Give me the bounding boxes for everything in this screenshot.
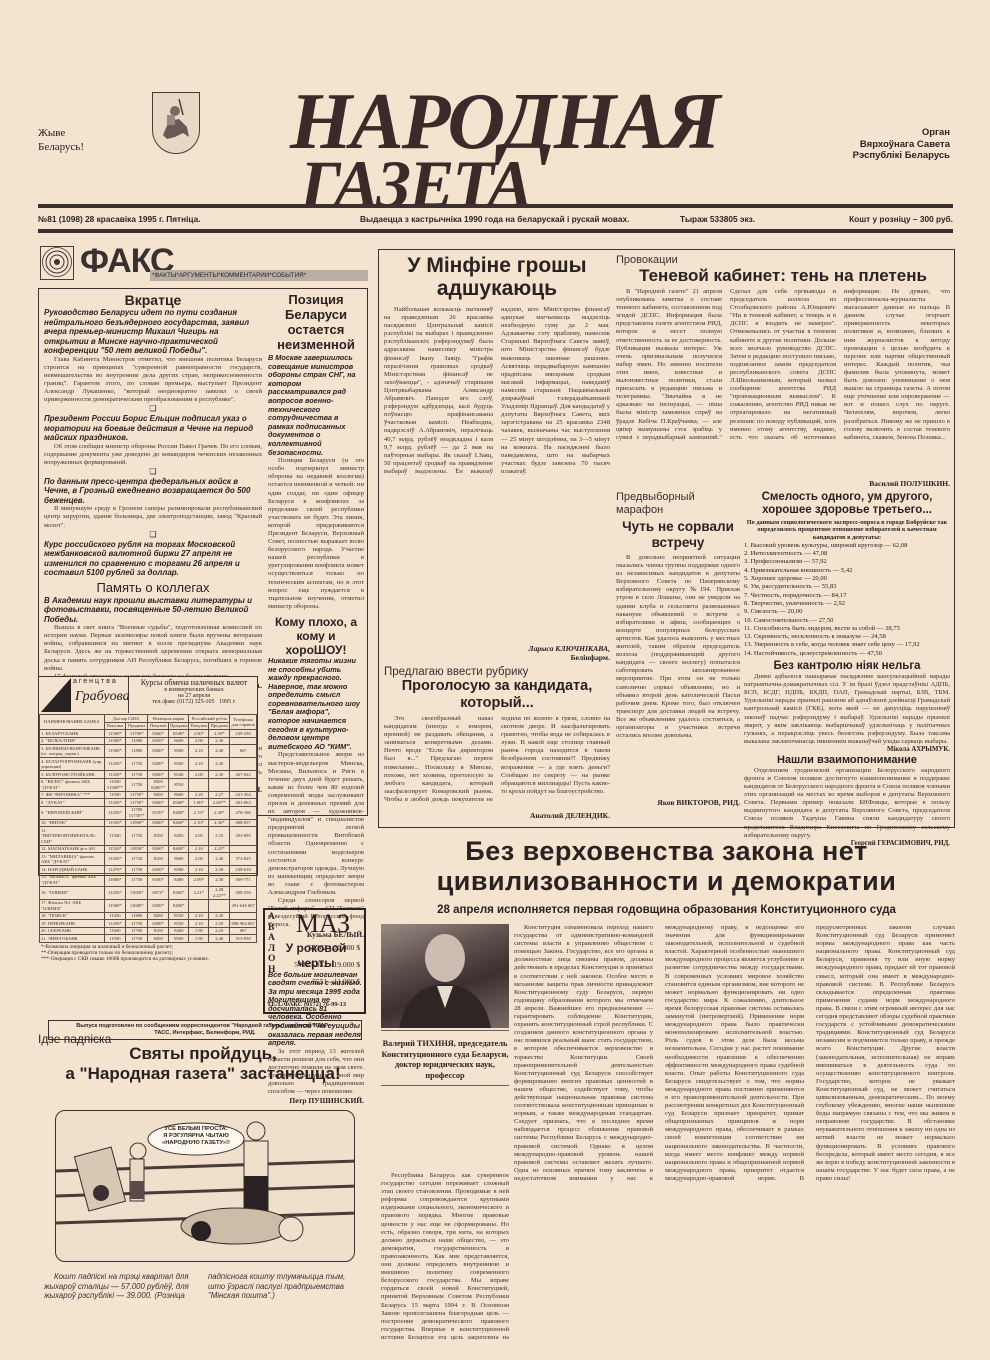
- rate-cell: 267-022: [230, 771, 257, 779]
- rate-cell: 11450*: [104, 920, 126, 928]
- poziciya-title: Позиция Беларуси остается неизменной: [268, 292, 364, 352]
- bank-name-cell: 7. ФК "ВЕРОНИКА" ***: [40, 791, 105, 799]
- vkratce-lead-2: Президент России Борис Ельцин подписал у…: [44, 414, 262, 443]
- rate-cell: 2.30: [209, 771, 230, 779]
- rate-cell: 8400: [169, 927, 189, 935]
- table-row: 17. Филиал №1 АКБ "ОЛИМП"11500*11680*820…: [40, 899, 257, 912]
- rate-cell: 8200*: [148, 845, 169, 853]
- subscription-title: Святы пройдуць, а "Народная газета" заст…: [38, 1044, 368, 1084]
- antenna-icon: [40, 246, 74, 280]
- rate-cell: 11800: [126, 912, 148, 920]
- table-row: 21. ЭНЕРГОБАНК1150011750820085001.902.40…: [40, 935, 257, 943]
- avalon-letter: Л: [268, 944, 278, 955]
- marafon-article: Предвыборный марафон Чуть не сорвали вст…: [616, 491, 740, 807]
- currency-phone: тел./факс (0172) 325-105: [152, 699, 214, 705]
- organ-line1: Орган: [810, 127, 950, 139]
- rate-cell: 2.35: [209, 827, 230, 846]
- rate-cell: 8540: [169, 771, 189, 779]
- currency-table: НАИМЕНОВАНИЕ БАНКА Доллар США Немецкая м…: [39, 714, 257, 943]
- list-item: 11. Способность быть лидером, вести за с…: [744, 625, 950, 633]
- rate-cell: 1.80*: [189, 799, 209, 807]
- rate-cell: 2.25*: [209, 845, 230, 853]
- fax-tagline: *ФАКТЫ*АРГУМЕНТЫ*КОММЕНТАРИИ*СОБЫТИЯ*: [150, 270, 368, 281]
- rate-cell: 11470*: [104, 866, 126, 874]
- list-item: 3. Профессионализм — 57,92: [744, 558, 950, 566]
- rubrika-text: Это своеобразный наказ кандидатам (иногд…: [384, 715, 610, 811]
- rate-cell: 8600: [169, 791, 189, 799]
- smelost-title: Смелость одного, ум другого, хорошее здо…: [744, 491, 950, 517]
- maz-price-2: 54323-032 - 19.000 $: [294, 960, 360, 969]
- rate-cell: 8480: [169, 873, 189, 886]
- col-usd: Доллар США: [104, 715, 148, 723]
- rate-cell: 8400*: [169, 899, 189, 912]
- rate-cell: 8400*: [169, 845, 189, 853]
- rate-cell: 11750: [126, 827, 148, 846]
- rate-cell: 313-050: [230, 935, 257, 943]
- pamyat-text: Вышла в свет книга "Военные судьбы", под…: [44, 624, 262, 673]
- rate-cell: 11450: [104, 912, 126, 920]
- marafon-text: В довольно неприятной ситуации оказались…: [616, 554, 740, 798]
- kontrol-title: Без кантролю ніяк нельга: [744, 659, 950, 673]
- bank-name-cell: 17. Филиал №1 АКБ "ОЛИМП": [40, 899, 105, 912]
- minfin-author: Ларыса КЛЮЧНІКАВА,: [384, 644, 610, 653]
- table-row: 3. БЕЛВНЕШЭКОНОМБАНК (гл. операц. управ.…: [40, 745, 257, 758]
- rate-cell: 11750: [126, 920, 148, 928]
- table-row: 20. СБЕРБАНК1160011700810084001.902.2506…: [40, 927, 257, 935]
- issue-number: №81 (1098) 28 красавіка 1995 г. Пятніца.: [38, 214, 201, 224]
- bullet-square-icon: ❑: [44, 404, 262, 414]
- table-row: 10. "ИНТЕК"11550*11900*8200*8400*2.10*2.…: [40, 819, 257, 827]
- note-3: ***-Операция с СКВ свыше 1000$ производи…: [41, 956, 255, 962]
- rubrika-title: Проголосую за кандидата, который...: [384, 678, 610, 712]
- rate-cell: 8300: [148, 791, 169, 799]
- rate-cell: 8500: [169, 935, 189, 943]
- maz-price-1: 53362 - 20.000 $: [308, 943, 360, 952]
- rate-cell: 11750: [126, 758, 148, 771]
- bank-name-cell: 1. БЕЛАРУСБАНК: [40, 730, 105, 738]
- rate-cell: 2.20: [189, 791, 209, 799]
- col-buy: Покупка: [148, 722, 169, 730]
- rate-cell: 11500*: [104, 730, 126, 738]
- konstitucia-text-left: Республика Беларусь как суверенное госуд…: [381, 1172, 509, 1340]
- tenevoi-author: Василий ПОЛУШКИН.: [616, 479, 950, 488]
- bank-name-cell: 18. "ПОИСК": [40, 912, 105, 920]
- price: Кошт у розніцу – 300 руб.: [849, 214, 953, 224]
- rate-cell: 11650*: [126, 886, 148, 899]
- col-tel: Телефоны для справок: [230, 715, 257, 730]
- table-row: 11. "ИНТЕРКОНТИНЕНТАЛЬ-СБИ"1150011750810…: [40, 827, 257, 846]
- list-item: 12. Скромность, несклонность к показухе …: [744, 633, 950, 641]
- rate-cell: 8072*: [148, 886, 169, 899]
- rate-cell: 1.90: [189, 935, 209, 943]
- table-row: 8. "ДУКАТ"11450*11750*8200*8500*1.80*2.6…: [40, 799, 257, 807]
- rate-cell: [230, 778, 257, 791]
- rate-cell: 2.10: [189, 845, 209, 853]
- bubble-line2: Я РЭГУЛЯРНА ЧЫТАЮ: [150, 1133, 242, 1140]
- rate-cell: 11750: [126, 935, 148, 943]
- rate-cell: 8382*: [169, 886, 189, 899]
- avalon-letter: Н: [268, 965, 278, 976]
- fax-section-header: ФАКС *ФАКТЫ*АРГУМЕНТЫ*КОММЕНТАРИИ*СОБЫТИ…: [38, 244, 368, 284]
- konstitucia-title: Без верховенства закона нет цивилизованн…: [378, 836, 955, 896]
- currency-contact: тел./факс (0172) 325-105 1995 г.: [131, 699, 257, 705]
- rate-cell: 8250*: [148, 866, 169, 874]
- rate-cell: 11500*: [104, 737, 126, 745]
- rate-cell: 8550: [169, 778, 189, 791]
- agency-top: агенцтва: [73, 678, 118, 685]
- vzaimo-text: Отделением гродненской организации Белор…: [744, 767, 950, 840]
- maz-ad: А В А Л О Н МАЗ 53362 - 20.000 $ 54323-0…: [263, 908, 366, 1014]
- list-item: 4. Привлекательная внешность — 5,42: [744, 567, 950, 575]
- avalon-letter: О: [268, 954, 278, 965]
- rate-cell: 8400*: [169, 806, 189, 819]
- list-item: 7. Честность, порядочность — 84,17: [744, 592, 950, 600]
- minfin-author-org: Белінфарм.: [384, 653, 610, 662]
- rate-cell: [189, 899, 209, 912]
- komu-text: Представительное жюри из мастеров-модель…: [268, 751, 364, 897]
- rate-cell: 11450*: [104, 771, 126, 779]
- rate-cell: 8400*: [169, 819, 189, 827]
- agency-name: Грабуова: [75, 689, 130, 705]
- avalon-letter: В: [268, 923, 278, 934]
- rate-cell: 11600: [104, 927, 126, 935]
- marafon-title: Чуть не сорвали встречу: [616, 519, 740, 551]
- rate-cell: 8580: [169, 866, 189, 874]
- rate-cell: 8600: [169, 737, 189, 745]
- cartoon: УСЁ ВЕЛЬМІ ПРОСТА: Я РЭГУЛЯРНА ЧЫТАЮ «НА…: [55, 1110, 355, 1262]
- col-sell: Продажа: [126, 722, 148, 730]
- rate-cell: 2.00: [189, 853, 209, 866]
- konstitucia-subtitle: 28 апреля исполняется первая годовщина о…: [378, 904, 955, 916]
- rate-cell: 11450*: [104, 799, 126, 807]
- table-row: 2. "БЕЛБАЛТИЯ"11500*119008250*86002.002.…: [40, 737, 257, 745]
- rate-cell: 8500: [169, 758, 189, 771]
- agency-logo: агенцтва Грабуова: [39, 677, 129, 713]
- rate-cell: 2.10: [189, 912, 209, 920]
- rate-cell: 291-646 067: [230, 899, 257, 912]
- rate-cell: 372-825: [230, 853, 257, 866]
- circulation: Тыраж 533805 экз.: [680, 214, 755, 224]
- vzaimo-title: Нашли взаимопонимание: [744, 754, 950, 767]
- bank-name-cell: 9. "ЕВРОПЕЙСКИЙ": [40, 806, 105, 819]
- rate-cell: 2.30: [209, 873, 230, 886]
- currency-box: агенцтва Грабуова Курсы обмена наличных …: [38, 676, 258, 876]
- rate-cell: 8100: [148, 853, 169, 866]
- rate-cell: 8500*: [169, 799, 189, 807]
- col-rub: Российский рубль: [189, 715, 230, 723]
- rate-cell: [230, 737, 257, 745]
- table-row: 18. "ПОИСК"1145011800820085502.102.30: [40, 912, 257, 920]
- rate-cell: 11450*: [104, 806, 126, 819]
- rate-cell: 1.90: [189, 927, 209, 935]
- masthead-rule-top: [38, 204, 953, 208]
- maz-brand: МАЗ: [281, 910, 365, 938]
- rate-cell: 8600: [169, 853, 189, 866]
- poziciya-text: Позиция Беларуси (и это особо подчеркнул…: [268, 457, 364, 611]
- rate-cell: 2.30: [209, 758, 230, 771]
- rate-cell: 11750: [126, 873, 148, 886]
- table-row: 16. "ОЛИМП"11450*11650*8072*8382*2.21*2.…: [40, 886, 257, 899]
- rate-cell: 2.50*: [209, 730, 230, 738]
- table-row: 4. БЕЛАГРОПРОМБАНК (упр. дирекции)11450*…: [40, 758, 257, 771]
- col-bank: НАИМЕНОВАНИЕ БАНКА: [40, 715, 105, 730]
- poll-results-list: 1. Высокий уровень культуры, широкий кру…: [744, 542, 950, 658]
- rate-cell: 231-304: [230, 791, 257, 799]
- rate-cell: 11450*: [104, 886, 126, 899]
- col-sell: Продажа: [169, 722, 189, 730]
- issue-strip: №81 (1098) 28 красавіка 1995 г. Пятніца.…: [38, 212, 953, 226]
- col-buy: Покупка: [104, 722, 126, 730]
- rate-cell: 2.60**: [209, 799, 230, 807]
- rate-cell: 8260*: [148, 730, 169, 738]
- bank-name-cell: 10. "ИНТЕК": [40, 819, 105, 827]
- currency-heading: Курсы обмена наличных валют в коммерческ…: [131, 678, 257, 705]
- rate-cell: 11900: [126, 737, 148, 745]
- subscription-title-line2: а "Народная газета" застанецца!: [38, 1064, 368, 1084]
- vkratce-lead-1: Руководство Беларуси идет по пути создан…: [44, 308, 262, 356]
- rate-cell: 11800: [126, 745, 148, 758]
- list-item: 8. Творчество, увлеченность — 2,92: [744, 600, 950, 608]
- rate-cell: 8550: [169, 920, 189, 928]
- bank-name-cell: 21. ЭНЕРГОБАНК: [40, 935, 105, 943]
- table-row: 19. ПРИОРБАНК11450*117508280*85502.102.5…: [40, 920, 257, 928]
- rate-cell: 2.10*: [189, 819, 209, 827]
- rate-cell: 8280*: [148, 920, 169, 928]
- rate-cell: 11700*: [126, 730, 148, 738]
- currency-title: Курсы обмена наличных валют: [131, 678, 257, 687]
- rate-cell: 688-037: [230, 819, 257, 827]
- bank-name-cell: 15. "НЕМИГА" филиал АКБ "ДУКАТ": [40, 873, 105, 886]
- tenevoi-rubric: Провокации: [616, 254, 950, 266]
- currency-year: 1995 г.: [219, 699, 236, 705]
- rate-cell: 8100*: [148, 873, 169, 886]
- bank-name-cell: 13. "МИЛАВИЦА" филиал АКБ "ДУКАТ": [40, 853, 105, 866]
- col-dem: Немецкая марка: [148, 715, 189, 723]
- rate-cell: 667: [230, 745, 257, 758]
- motto-text: Жыве Беларусь!: [38, 127, 84, 153]
- rate-cell: 2.09*: [189, 873, 209, 886]
- rubrika-rubric: Предлагаю ввести рубрику: [384, 666, 610, 678]
- col-buy: Покупка: [189, 722, 209, 730]
- rate-cell: 690-964 067: [230, 920, 257, 928]
- rate-cell: 11500*: [104, 745, 126, 758]
- konstitucia-title-line2: цивилизованности и демократии: [378, 866, 955, 896]
- vkratce-text-3: В минувшую среду в Грозном саперы размин…: [44, 505, 262, 529]
- table-row: 14. НАРОДНЫЙ БАНК11470*117508250*85802.1…: [40, 866, 257, 874]
- maz-price-3: 5551 - 11.000 $: [312, 977, 360, 986]
- bank-name-cell: 11. "ИНТЕРКОНТИНЕНТАЛЬ-СБИ": [40, 827, 105, 846]
- list-item: 2. Интеллигентность — 47,08: [744, 550, 950, 558]
- bank-name-cell: 16. "ОЛИМП": [40, 886, 105, 899]
- kontrol-author: Мікола АХРЫМУК.: [744, 746, 950, 753]
- bank-name-cell: 4. БЕЛАГРОПРОМБАНК (упр. дирекции): [40, 758, 105, 771]
- rate-cell: 2.30: [209, 737, 230, 745]
- rate-cell: 2.00: [189, 737, 209, 745]
- bubble-line1: УСЁ ВЕЛЬМІ ПРОСТА:: [150, 1126, 242, 1133]
- rate-cell: 11450*: [104, 853, 126, 866]
- rate-cell: 8200*: [148, 745, 169, 758]
- rate-cell: 2.40: [209, 745, 230, 758]
- table-row: 6. "ВЕЛЕС" филиал АКБ "ДУКАТ"11500 11500…: [40, 778, 257, 791]
- bullet-square-icon: ❑: [44, 530, 262, 540]
- coat-of-arms-icon: [152, 92, 200, 154]
- rate-cell: 2.00: [189, 771, 209, 779]
- rate-cell: 8200*: [148, 819, 169, 827]
- table-row: 12. МАГНАТБАНК ф-л 30111520*11850*8200*8…: [40, 845, 257, 853]
- avalon-letter: А: [268, 933, 278, 944]
- poziciya-lead: В Москве завершилось совещание министров…: [268, 354, 364, 457]
- rate-cell: 2.28 2.22**: [209, 886, 230, 899]
- rate-cell: 11520*: [104, 845, 126, 853]
- rate-cell: 2.10: [189, 745, 209, 758]
- rate-cell: 11800*: [104, 873, 126, 886]
- bullet-square-icon: ❑: [44, 467, 262, 477]
- rate-cell: 8250*: [148, 737, 169, 745]
- rate-cell: 2.38: [209, 866, 230, 874]
- list-item: 5. Хорошее здоровье — 20,00: [744, 575, 950, 583]
- rate-cell: 2.05: [189, 827, 209, 846]
- rate-cell: 2.00*: [189, 730, 209, 738]
- speech-bubble: УСЁ ВЕЛЬМІ ПРОСТА: Я РЭГУЛЯРНА ЧЫТАЮ «НА…: [150, 1126, 242, 1146]
- photo-caption-box: Валерий ТИХИНЯ, председатель Конституцио…: [381, 1030, 509, 1086]
- rate-cell: 2.15*: [189, 806, 209, 819]
- maz-phone: ТЕЛ./ФАКС (0172) 76-99-13: [267, 1001, 346, 1008]
- komu-lead: Никакие тяготы жизни не способны убить ж…: [268, 657, 364, 752]
- minfin-article: У Мінфіне грошы адшукаюць Найбольшая кол…: [384, 254, 610, 662]
- list-item: 14. Настойчивость, целеустремленность — …: [744, 650, 950, 658]
- table-row: 9. "ЕВРОПЕЙСКИЙ"11450*11700 11750**8150*…: [40, 806, 257, 819]
- bank-name-cell: 2. "БЕЛБАЛТИЯ": [40, 737, 105, 745]
- subscription-caption: Кошт падпіскі на трэці квартал для жыхар…: [44, 1272, 364, 1301]
- table-row: 1. БЕЛАРУСБАНК11500*11700*8260*8540*2.00…: [40, 730, 257, 738]
- rate-cell: 8200: [148, 935, 169, 943]
- pamyat-lead: В Академии наук прошли выставки литерату…: [44, 596, 262, 625]
- bank-name-cell: 5. БЕЛПРОМСТРОЙБАНК: [40, 771, 105, 779]
- vkratce-lead-3: По данным пресс-центра федеральных войск…: [44, 477, 262, 506]
- rate-cell: 11750*: [126, 791, 148, 799]
- rate-cell: 2.30*: [209, 806, 230, 819]
- rate-cell: 8200*: [148, 799, 169, 807]
- rate-cell: 2.40: [209, 935, 230, 943]
- rate-cell: 8100: [148, 927, 169, 935]
- rate-cell: 2.25: [209, 927, 230, 935]
- list-item: 9. Смелость — 20,00: [744, 608, 950, 616]
- pamyat-title: Память о коллегах: [44, 580, 262, 596]
- bank-name-cell: 6. "ВЕЛЕС" филиал АКБ "ДУКАТ": [40, 778, 105, 791]
- rate-cell: 11500 11500**: [104, 778, 126, 791]
- rate-cell: 11550*: [104, 819, 126, 827]
- avalon-vertical: А В А Л О Н: [268, 912, 278, 975]
- rate-cell: 2.40: [209, 853, 230, 866]
- rate-cell: 8300*: [148, 771, 169, 779]
- agency-triangle-icon: [41, 678, 71, 712]
- bank-name-cell: 19. ПРИОРБАНК: [40, 920, 105, 928]
- rate-cell: 2.21*: [189, 886, 209, 899]
- rate-cell: 11700 11750**: [126, 806, 148, 819]
- konstitucia-text-main: Конституция ознаменовала переход нашего …: [514, 924, 955, 1340]
- motto: Жыве Беларусь!: [38, 126, 98, 154]
- rubrika-article: Предлагаю ввести рубрику Проголосую за к…: [384, 666, 610, 820]
- kontrol-text: Днямі адбылося пашыранае пасяджэнне канс…: [744, 673, 950, 746]
- rate-cell: 8200*: [148, 758, 169, 771]
- subscription-title-line1: Святы пройдуць,: [38, 1044, 368, 1064]
- minfin-title: У Мінфіне грошы адшукаюць: [384, 254, 610, 300]
- tenevoi-text: В "Народной газете" 21 апреля опубликова…: [616, 288, 950, 479]
- vkratce-lead-4: Курс российского рубля на торгах Московс…: [44, 540, 262, 578]
- rate-cell: 2.30: [209, 912, 230, 920]
- avalon-letter: А: [268, 912, 278, 923]
- rate-cell: 11750: [126, 778, 148, 791]
- rate-cell: 2.10: [189, 920, 209, 928]
- col-sell: Продажа: [209, 722, 230, 730]
- rate-cell: [209, 778, 230, 791]
- organ-line2: Вярхоўнага Савета: [810, 139, 950, 151]
- rate-cell: 2.10: [189, 866, 209, 874]
- table-row: 15. "НЕМИГА" филиал АКБ "ДУКАТ"11800*117…: [40, 873, 257, 886]
- rokovoi-author: Петр ПУШИНСКИЙ.: [268, 1096, 364, 1105]
- bank-name-cell: 14. НАРОДНЫЙ БАНК: [40, 866, 105, 874]
- minfin-text: Найбольшая колькасць пытанняў на праведз…: [384, 306, 610, 644]
- rate-cell: [230, 845, 257, 853]
- rate-cell: 2.10: [189, 758, 209, 771]
- vkratce-title: Вкратце: [44, 292, 262, 308]
- rate-cell: 8450: [169, 827, 189, 846]
- list-item: 10. Самостоятельность — 27,50: [744, 617, 950, 625]
- rate-cell: 201-063: [230, 799, 257, 807]
- rate-cell: 067: [230, 927, 257, 935]
- rate-cell: 8100: [148, 827, 169, 846]
- rate-cell: 569-771: [230, 873, 257, 886]
- bubble-line3: «НАРОДНУЮ ГАЗЕТУ»!!: [150, 1140, 242, 1147]
- rate-cell: 11850*: [126, 845, 148, 853]
- vkratce-text-1: Глава Кабинета Министров отметил, что вн…: [44, 356, 262, 405]
- masthead-rule-bottom: [38, 229, 953, 233]
- bank-name-cell: 3. БЕЛВНЕШЭКОНОМБАНК (гл. операц. управ.…: [40, 745, 105, 758]
- rate-cell: 2.27: [209, 791, 230, 799]
- rate-cell: [230, 912, 257, 920]
- rate-cell: 11500: [104, 935, 126, 943]
- currency-table-wrap: НАИМЕНОВАНИЕ БАНКА Доллар США Немецкая м…: [39, 714, 257, 963]
- rate-cell: 11750: [126, 866, 148, 874]
- rate-cell: 8150*: [148, 806, 169, 819]
- rate-cell: 11500: [104, 827, 126, 846]
- rate-cell: 8200*: [148, 899, 169, 912]
- organ-label: Орган Вярхоўнага Савета Рэспублікі Белар…: [810, 127, 950, 162]
- portrait-icon: [381, 924, 509, 1028]
- table-row: 13. "МИЛАВИЦА" филиал АКБ "ДУКАТ"11450*1…: [40, 853, 257, 866]
- currency-notes: *-Возможна операция за наличный и безнал…: [39, 943, 257, 964]
- marafon-rubric: Предвыборный марафон: [616, 491, 740, 517]
- vkratce-text-2: Об этом сообщил министр обороны России П…: [44, 443, 262, 467]
- list-item: 6. Ум, рассудительность — 55,83: [744, 583, 950, 591]
- bank-name-cell: 20. СБЕРБАНК: [40, 927, 105, 935]
- rate-cell: 239-250: [230, 730, 257, 738]
- rate-cell: 8200: [148, 912, 169, 920]
- rate-cell: 11750*: [126, 799, 148, 807]
- rate-cell: 270-166: [230, 806, 257, 819]
- list-item: 13. Уверенность в себе, когда человек зн…: [744, 641, 950, 649]
- rate-cell: [189, 778, 209, 791]
- since-line: Выдаецца з кастрычніка 1990 года на бела…: [360, 214, 629, 224]
- rate-cell: 11500: [104, 791, 126, 799]
- marafon-author: Яков ВИКТОРОВ, РИД.: [616, 798, 740, 807]
- tenevoi-article: Провокации Теневой кабинет: тень на плет…: [616, 254, 950, 488]
- rate-cell: [209, 899, 230, 912]
- tikhinya-photo: [381, 924, 509, 1028]
- smelost-article: Смелость одного, ум другого, хорошее здо…: [744, 491, 950, 847]
- rate-cell: [230, 758, 257, 771]
- list-item: 1. Высокий уровень культуры, широкий кру…: [744, 542, 950, 550]
